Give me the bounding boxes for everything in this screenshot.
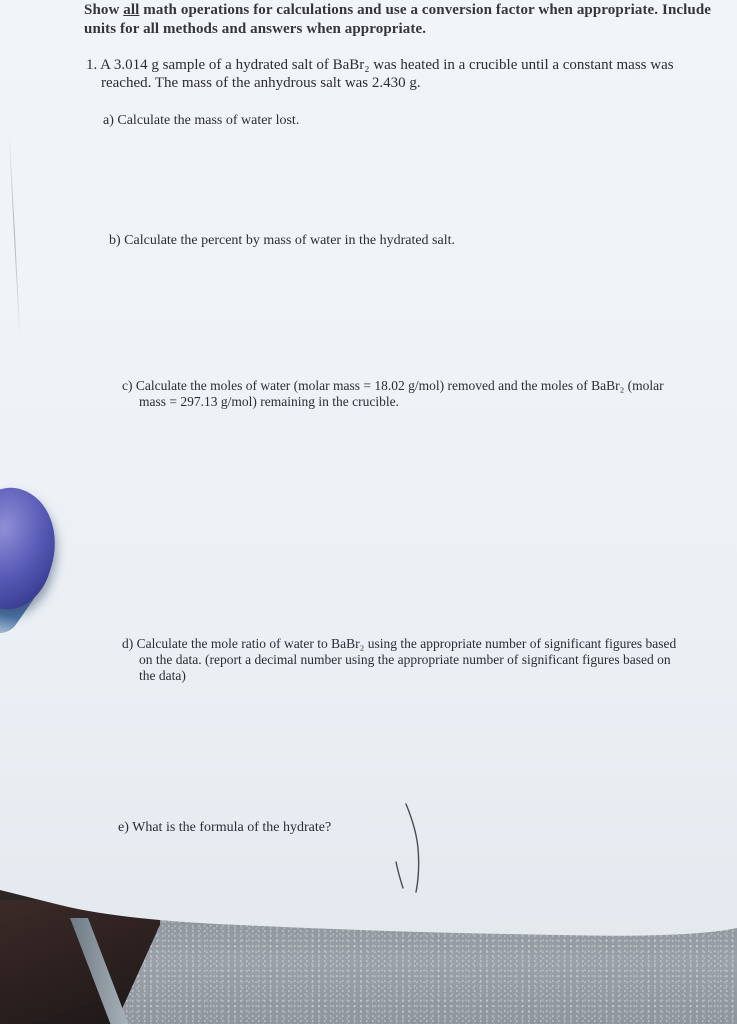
question-1-line-1: 1. A 3.014 g sample of a hydrated salt o… <box>86 56 674 74</box>
part-c-line-2: mass = 297.13 g/mol) remaining in the cr… <box>122 394 664 410</box>
instructions: Show all math operations for calculation… <box>84 1 711 39</box>
instructions-text: math operations for calculations and use… <box>139 2 711 18</box>
instructions-line-1: Show all math operations for calculation… <box>84 1 711 20</box>
part-b-text: b) Calculate the percent by mass of wate… <box>109 233 455 248</box>
instructions-underlined-word: all <box>123 2 139 18</box>
instructions-text: Show <box>84 2 123 18</box>
part-d-line-1: d) Calculate the mole ratio of water to … <box>122 636 676 652</box>
part-e: e) What is the formula of the hydrate? <box>118 820 331 836</box>
part-e-text: e) What is the formula of the hydrate? <box>118 820 331 835</box>
part-a: a) Calculate the mass of water lost. <box>103 113 299 129</box>
handwritten-pencil-marks <box>390 800 440 900</box>
question-1: 1. A 3.014 g sample of a hydrated salt o… <box>86 56 674 92</box>
part-d-line-2: on the data. (report a decimal number us… <box>122 652 676 668</box>
part-c: c) Calculate the moles of water (molar m… <box>122 378 664 410</box>
part-d: d) Calculate the mole ratio of water to … <box>122 636 676 684</box>
part-c-line-1: c) Calculate the moles of water (molar m… <box>122 378 664 394</box>
part-d-line-3: the data) <box>122 668 676 684</box>
question-1-line-2: reached. The mass of the anhydrous salt … <box>86 74 674 92</box>
part-b: b) Calculate the percent by mass of wate… <box>109 233 455 249</box>
worksheet-paper <box>0 0 737 940</box>
instructions-line-2: units for all methods and answers when a… <box>84 20 711 39</box>
part-a-text: a) Calculate the mass of water lost. <box>103 113 299 128</box>
